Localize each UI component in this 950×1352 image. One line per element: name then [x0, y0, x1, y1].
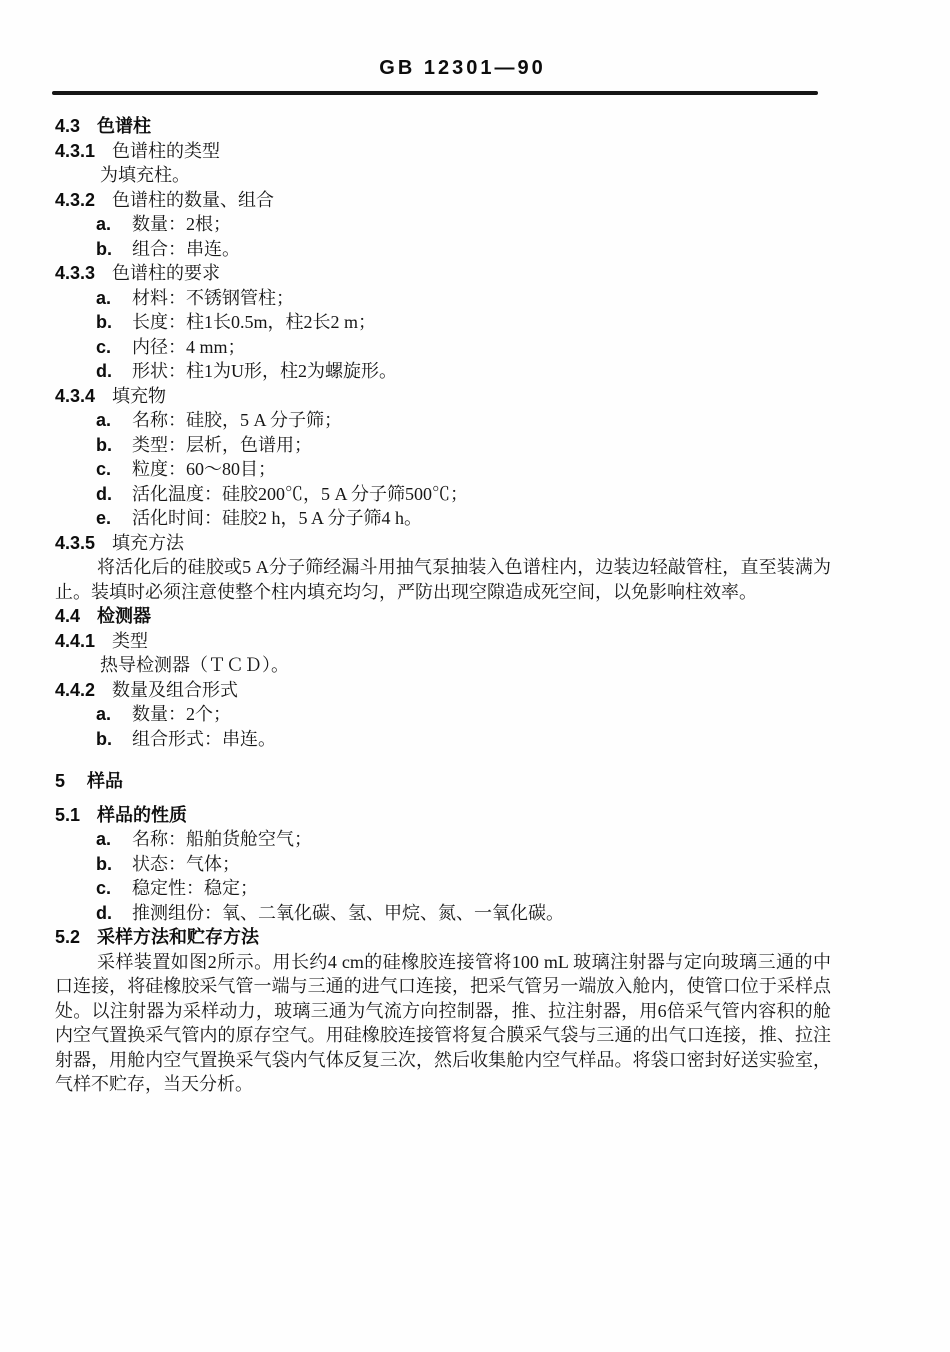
- clause-number: 4.3.1: [55, 141, 95, 161]
- clause-title: 数量及组合形式: [112, 680, 238, 700]
- clause-number: 4.4: [55, 606, 80, 626]
- item-label: b.: [96, 433, 132, 458]
- clause-number: 4.3.2: [55, 190, 95, 210]
- item-4-3-4-b: b.类型：层析，色谱用；: [55, 433, 831, 458]
- item-label: e.: [96, 506, 132, 531]
- clause-title: 采样方法和贮存方法: [97, 927, 259, 947]
- document-body: 4.3色谱柱 4.3.1色谱柱的类型 为填充柱。 4.3.2色谱柱的数量、组合 …: [55, 114, 831, 1097]
- item-4-4-2-b: b.组合形式：串连。: [55, 727, 831, 752]
- item-label: c.: [96, 335, 132, 360]
- item-5-1-a: a.名称：船舶货舱空气；: [55, 827, 831, 852]
- item-4-3-4-d: d.活化温度：硅胶200℃，5 A 分子筛500℃；: [55, 482, 831, 507]
- item-text: 内径：4 mm；: [132, 337, 246, 357]
- item-4-3-4-a: a.名称：硅胶，5 A 分子筛；: [55, 408, 831, 433]
- paragraph-5-2: 采样装置如图2所示。用长约4 cm的硅橡胶连接管将100 mL 玻璃注射器与定向…: [55, 950, 831, 1097]
- item-4-3-3-d: d.形状：柱1为U形，柱2为螺旋形。: [55, 359, 831, 384]
- item-label: d.: [96, 901, 132, 926]
- item-label: d.: [96, 359, 132, 384]
- heading-4-4: 4.4检测器: [55, 604, 831, 629]
- clause-title: 样品的性质: [97, 805, 187, 825]
- item-5-1-b: b.状态：气体；: [55, 852, 831, 877]
- item-4-3-4-c: c.粒度：60～80目；: [55, 457, 831, 482]
- clause-title: 色谱柱的要求: [112, 263, 220, 283]
- document-page: GB 12301—90 4.3色谱柱 4.3.1色谱柱的类型 为填充柱。 4.3…: [0, 0, 950, 1352]
- item-4-3-2-a: a.数量：2根；: [55, 212, 831, 237]
- item-label: a.: [96, 827, 132, 852]
- item-text: 材料：不锈钢管柱；: [132, 288, 294, 308]
- header-rule: [52, 91, 818, 95]
- clause-title: 色谱柱的类型: [112, 141, 220, 161]
- clause-title: 填充方法: [112, 533, 184, 553]
- item-text: 粒度：60～80目；: [132, 459, 276, 479]
- heading-5-1: 5.1样品的性质: [55, 803, 831, 828]
- item-4-3-4-e: e.活化时间：硅胶2 h，5 A 分子筛4 h。: [55, 506, 831, 531]
- clause-number: 5: [55, 771, 65, 791]
- clause-number: 4.3.3: [55, 263, 95, 283]
- item-label: b.: [96, 852, 132, 877]
- item-text: 组合：串连。: [132, 239, 240, 259]
- clause-number: 4.3: [55, 116, 80, 136]
- item-text: 数量：2根；: [132, 214, 231, 234]
- heading-4-3-3: 4.3.3色谱柱的要求: [55, 261, 831, 286]
- item-4-3-2-b: b.组合：串连。: [55, 237, 831, 262]
- paragraph-4-3-5: 将活化后的硅胶或5 A分子筛经漏斗用抽气泵抽装入色谱柱内，边装边轻敲管柱，直至装…: [55, 555, 831, 604]
- item-4-4-2-a: a.数量：2个；: [55, 702, 831, 727]
- heading-4-3-4: 4.3.4填充物: [55, 384, 831, 409]
- item-label: c.: [96, 457, 132, 482]
- item-4-3-3-a: a.材料：不锈钢管柱；: [55, 286, 831, 311]
- item-label: b.: [96, 727, 132, 752]
- item-label: d.: [96, 482, 132, 507]
- item-text: 名称：船舶货舱空气；: [132, 829, 312, 849]
- clause-number: 4.4.1: [55, 631, 95, 651]
- clause-number: 5.2: [55, 927, 80, 947]
- item-text: 推测组份：氧、二氧化碳、氢、甲烷、氮、一氧化碳。: [132, 903, 564, 923]
- item-5-1-d: d.推测组份：氧、二氧化碳、氢、甲烷、氮、一氧化碳。: [55, 901, 831, 926]
- item-text: 状态：气体；: [132, 854, 240, 874]
- heading-5: 5样品: [55, 769, 831, 794]
- item-5-1-c: c.稳定性：稳定；: [55, 876, 831, 901]
- item-text: 形状：柱1为U形，柱2为螺旋形。: [132, 361, 397, 381]
- item-text: 数量：2个；: [132, 704, 231, 724]
- clause-number: 4.3.5: [55, 533, 95, 553]
- item-label: a.: [96, 702, 132, 727]
- item-4-3-3-b: b.长度：柱1长0.5m，柱2长2 m；: [55, 310, 831, 335]
- clause-number: 5.1: [55, 805, 80, 825]
- item-label: a.: [96, 212, 132, 237]
- heading-5-2: 5.2采样方法和贮存方法: [55, 925, 831, 950]
- item-label: b.: [96, 310, 132, 335]
- heading-4-4-1: 4.4.1类型: [55, 629, 831, 654]
- item-text: 类型：层析，色谱用；: [132, 435, 312, 455]
- clause-title: 样品: [87, 771, 123, 791]
- item-label: c.: [96, 876, 132, 901]
- standard-number: GB 12301—90: [75, 56, 850, 80]
- clause-title: 色谱柱的数量、组合: [112, 190, 274, 210]
- clause-title: 填充物: [112, 386, 166, 406]
- heading-4-3-2: 4.3.2色谱柱的数量、组合: [55, 188, 831, 213]
- item-label: b.: [96, 237, 132, 262]
- heading-4-4-2: 4.4.2数量及组合形式: [55, 678, 831, 703]
- clause-number: 4.3.4: [55, 386, 95, 406]
- heading-4-3-1: 4.3.1色谱柱的类型: [55, 139, 831, 164]
- item-text: 组合形式：串连。: [132, 729, 276, 749]
- clause-number: 4.4.2: [55, 680, 95, 700]
- item-text: 长度：柱1长0.5m，柱2长2 m；: [132, 312, 376, 332]
- item-text: 名称：硅胶，5 A 分子筛；: [132, 410, 342, 430]
- item-label: a.: [96, 408, 132, 433]
- clause-title: 检测器: [97, 606, 151, 626]
- heading-4-3-5: 4.3.5填充方法: [55, 531, 831, 556]
- body-4-3-1: 为填充柱。: [55, 163, 831, 188]
- clause-title: 色谱柱: [97, 116, 151, 136]
- heading-4-3: 4.3色谱柱: [55, 114, 831, 139]
- item-label: a.: [96, 286, 132, 311]
- item-text: 活化温度：硅胶200℃，5 A 分子筛500℃；: [132, 484, 468, 504]
- item-4-3-3-c: c.内径：4 mm；: [55, 335, 831, 360]
- item-text: 稳定性：稳定；: [132, 878, 258, 898]
- item-text: 活化时间：硅胶2 h，5 A 分子筛4 h。: [132, 508, 422, 528]
- body-4-4-1: 热导检测器（ＴＣＤ）。: [55, 653, 831, 678]
- clause-title: 类型: [112, 631, 148, 651]
